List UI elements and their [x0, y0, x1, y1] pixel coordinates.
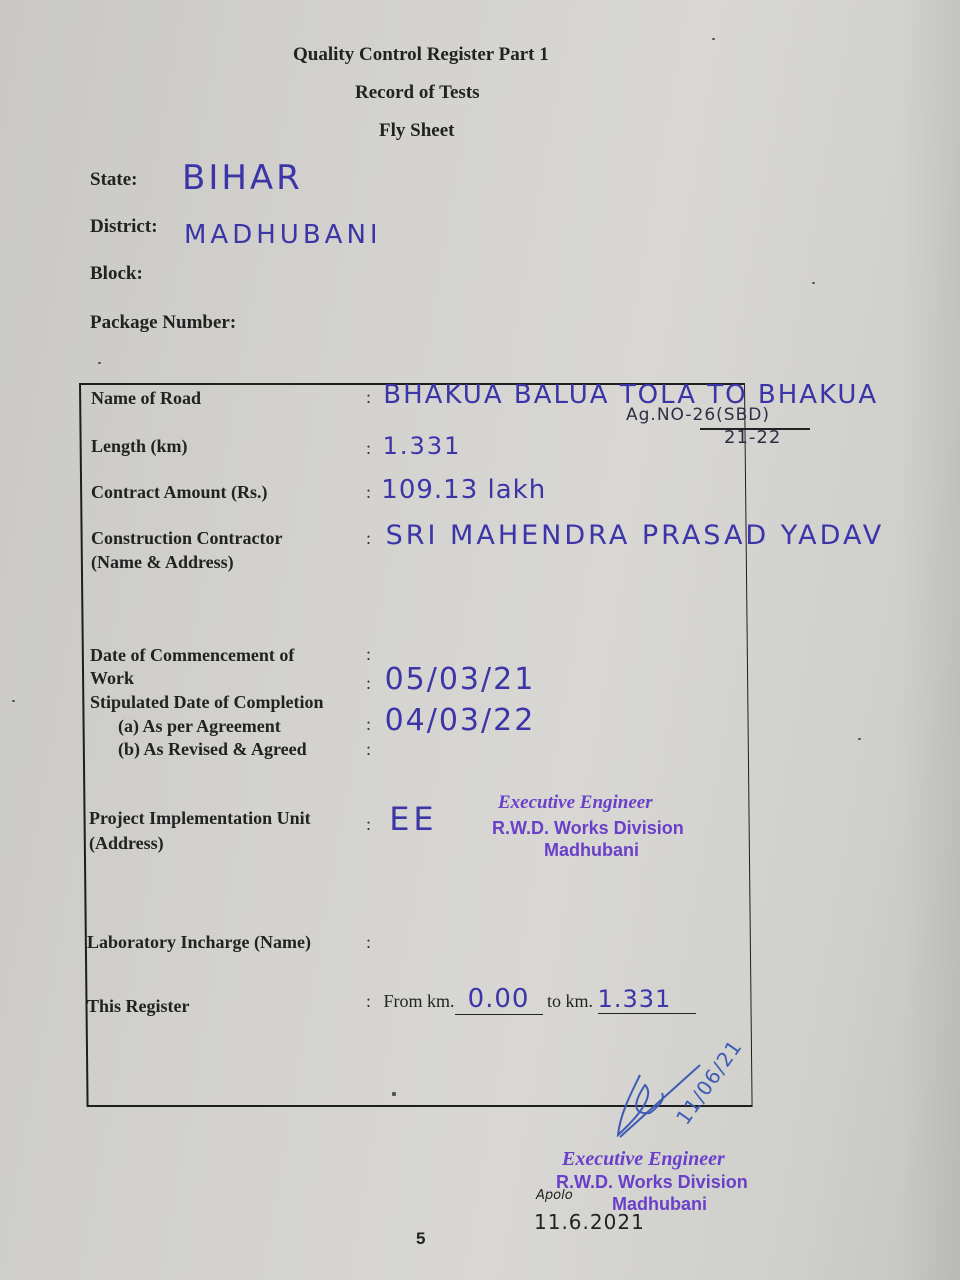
contract-amount-value: : 109.13 lakh — [366, 475, 546, 505]
to-km-label: to km. — [547, 991, 593, 1011]
piu-text: EE — [389, 800, 437, 838]
commencement-label: Date of Commencement of — [90, 645, 294, 666]
piu-label: Project Implementation Unit — [89, 808, 311, 829]
paper-speck — [392, 1092, 396, 1096]
colon: : — [366, 387, 373, 407]
page-fold-shadow — [900, 0, 960, 1280]
approval-date: 11.6.2021 — [534, 1210, 645, 1234]
piu-stamp-title: Executive Engineer — [498, 792, 653, 814]
agreement-year: 21-22 — [724, 427, 781, 448]
commencement-label-work: Work — [90, 668, 134, 689]
stamp-division: R.W.D. Works Division — [556, 1172, 748, 1193]
colon: : — [366, 528, 374, 548]
this-register-label: This Register — [87, 996, 190, 1017]
colon: : — [366, 438, 373, 458]
commencement-date: 05/03/21 — [385, 662, 536, 697]
paper-speck — [712, 38, 715, 40]
register-title: Quality Control Register Part 1 — [293, 44, 549, 66]
colon: : — [366, 991, 371, 1011]
revised-date-label: (b) As Revised & Agreed — [118, 739, 307, 760]
contract-amount-label: Contract Amount (Rs.) — [91, 482, 267, 503]
agreement-note: Ag.NO-26(SBD) — [626, 405, 770, 425]
paper-speck — [12, 700, 15, 702]
to-km-value: 1.331 — [598, 985, 696, 1014]
block-label: Block: — [90, 263, 143, 285]
state-label: State: — [90, 169, 137, 191]
district-value: MADHUBANI — [184, 220, 382, 250]
agreement-date-label: (a) As per Agreement — [118, 716, 281, 737]
contractor-address-label: (Name & Address) — [91, 552, 234, 573]
length-text: 1.331 — [383, 432, 462, 460]
from-km-value: 0.00 — [455, 984, 543, 1015]
colon: : — [366, 482, 372, 502]
contractor-text: SRI MAHENDRA PRASAD YADAV — [386, 520, 885, 551]
agreement-date: 04/03/22 — [385, 703, 536, 738]
initials: Apolo — [536, 1188, 573, 1203]
district-label: District: — [90, 216, 158, 238]
agreement-number: Ag.NO-26(SBD) — [626, 405, 770, 425]
contractor-value: : SRI MAHENDRA PRASAD YADAV — [366, 520, 884, 551]
from-km-label: From km. — [384, 991, 455, 1011]
paper-speck — [812, 282, 815, 284]
commencement-value: : 05/03/21 — [366, 662, 535, 697]
piu-address-label: (Address) — [89, 833, 164, 854]
paper-speck — [98, 362, 101, 364]
register-range: : From km.0.00 to km. 1.331 — [366, 984, 696, 1015]
contract-amount-text: 109.13 lakh — [381, 475, 546, 505]
road-name-label: Name of Road — [91, 388, 201, 409]
stipulated-completion-label: Stipulated Date of Completion — [90, 692, 324, 713]
colon: : — [366, 673, 373, 693]
paper-speck — [858, 738, 861, 740]
record-subtitle: Record of Tests — [355, 82, 480, 104]
colon: : — [366, 932, 371, 953]
length-label: Length (km) — [91, 436, 188, 457]
package-number-label: Package Number: — [90, 312, 236, 334]
piu-stamp-division: R.W.D. Works Division — [492, 818, 684, 839]
piu-value: : EE — [366, 800, 438, 838]
road-name-value: : BHAKUA BALUA TOLA TO BHAKUA — [366, 380, 878, 410]
piu-stamp-district: Madhubani — [544, 840, 639, 861]
page-number: 5 — [416, 1229, 425, 1249]
state-value: BIHAR — [182, 158, 303, 198]
colon: : — [366, 814, 375, 834]
length-value: : 1.331 — [366, 432, 461, 460]
fly-sheet-label: Fly Sheet — [379, 120, 454, 142]
stamp-title: Executive Engineer — [562, 1148, 725, 1171]
colon: : — [366, 714, 373, 734]
lab-incharge-label: Laboratory Incharge (Name) — [87, 932, 311, 953]
contractor-label: Construction Contractor — [91, 528, 282, 549]
agreement-date-value: : 04/03/22 — [366, 703, 535, 738]
colon: : — [366, 739, 371, 760]
